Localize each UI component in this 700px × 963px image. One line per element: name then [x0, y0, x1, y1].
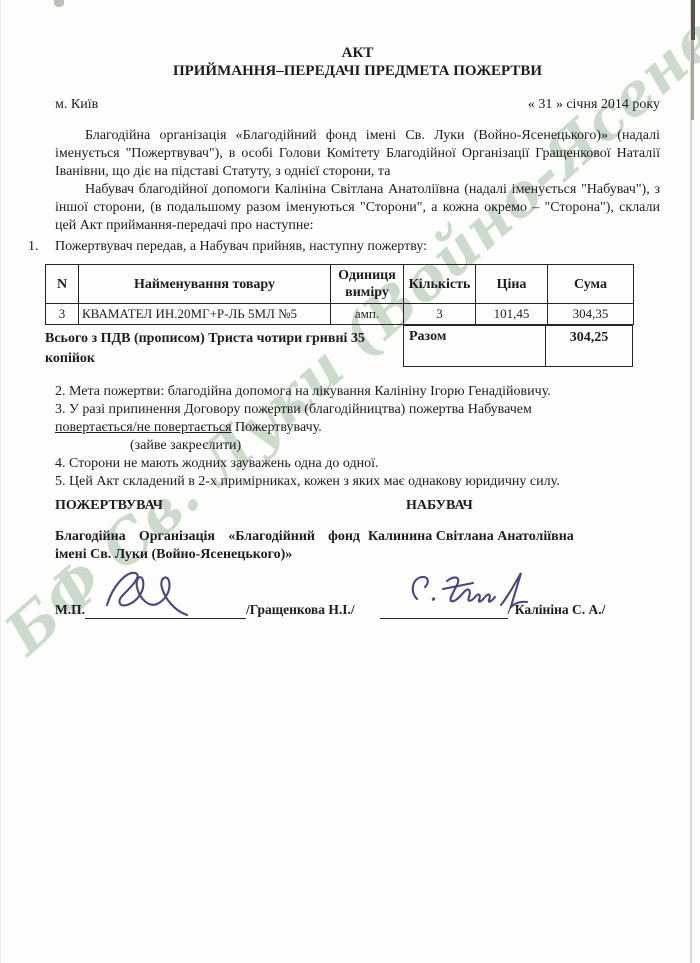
total-label: Разом: [404, 326, 546, 366]
donor-party-name: Благодійна Організація «Благодійний фонд…: [55, 528, 368, 564]
totals-row: Всього з ПДВ (прописом) Триста чотири гр…: [45, 325, 633, 369]
donor-party-line-2: імені Св. Луки (Войно-Ясенецького)»: [55, 547, 292, 562]
table-header-row: N Найменування товару Одиниця виміру Кіл…: [46, 265, 634, 304]
city-label: м. Київ: [55, 96, 98, 114]
scanned-document-page: БФ Св. Луки (Войно-Ясенецкого) АКТ ПРИЙМ…: [0, 0, 700, 963]
title-line-2: ПРИЙМАННЯ–ПЕРЕДАЧІ ПРЕДМЕТА ПОЖЕРТВИ: [55, 62, 660, 80]
scan-right-edge-dark: [691, 0, 695, 40]
intro-paragraph-2: Набувач благодійної допомоги Калініна Св…: [55, 181, 660, 235]
header-cell-name: Найменування товару: [79, 265, 331, 304]
handwritten-signature-right: [403, 569, 543, 617]
cell-unit: амп.: [331, 304, 404, 325]
scan-speck: [54, 0, 64, 7]
item-3-tail: Пожертвувачу.: [232, 420, 322, 435]
header-cell-price: Ціна: [476, 265, 548, 304]
item-3-line-1: 3. У разі припинення Договору пожертви (…: [55, 402, 532, 417]
document-title: АКТ ПРИЙМАННЯ–ПЕРЕДАЧІ ПРЕДМЕТА ПОЖЕРТВИ: [55, 44, 660, 80]
item-3-underlined: повертається/не повертається: [55, 420, 232, 435]
handwritten-signature-left: [93, 565, 213, 619]
date-label: « 31 » січня 2014 року: [528, 96, 660, 114]
title-line-1: АКТ: [55, 44, 660, 62]
header-cell-unit: Одиниця виміру: [331, 265, 404, 304]
cell-price: 101,45: [476, 304, 548, 325]
list-item-1: 1. Пожертвувач передав, а Набувач прийня…: [55, 238, 660, 256]
donor-role-label: ПОЖЕРТВУВАЧ: [55, 497, 368, 515]
header-cell-quantity: Кількість: [404, 265, 476, 304]
seal-place-label: М.П.: [55, 601, 85, 619]
signature-roles: ПОЖЕРТВУВАЧ НАБУВАЧ: [55, 497, 660, 515]
table-row: 3 КВАМАТЕЛ ИН.20МГ+Р-ЛЬ 5МЛ №5 амп. 3 10…: [46, 304, 634, 325]
list-item-3: 3. У разі припинення Договору пожертви (…: [55, 401, 660, 437]
total-in-words-line-2: копійок: [45, 351, 95, 366]
signature-parties: Благодійна Організація «Благодійний фонд…: [55, 528, 660, 564]
scan-right-edge-mid: [691, 40, 694, 120]
total-value: 304,25: [546, 326, 632, 366]
total-in-words: Всього з ПДВ (прописом) Триста чотири гр…: [45, 325, 403, 369]
item-1-text: Пожертвувач передав, а Набувач прийняв, …: [55, 239, 427, 254]
cell-quantity: 3: [404, 304, 476, 325]
donor-signatory-name: /Гращенкова Н.І./: [246, 601, 355, 619]
cell-sum: 304,35: [548, 304, 634, 325]
cell-product-name: КВАМАТЕЛ ИН.20МГ+Р-ЛЬ 5МЛ №5: [79, 304, 331, 325]
header-cell-number: N: [46, 265, 79, 304]
cell-number: 3: [46, 304, 79, 325]
intro-paragraph-1: Благодійна організація «Благодійний фонд…: [55, 127, 660, 181]
item-1-number: 1.: [28, 238, 39, 256]
list-item-5: 5. Цей Акт складений в 2-х примірниках, …: [55, 473, 660, 491]
scan-left-edge: [0, 0, 1, 963]
recipient-role-label: НАБУВАЧ: [406, 497, 660, 515]
item-3-note: (зайве закреслити): [130, 437, 660, 455]
total-box: Разом 304,25: [403, 325, 633, 367]
header-cell-sum: Сума: [548, 265, 634, 304]
donor-party-line-1: Благодійна Організація «Благодійний фонд: [55, 528, 360, 546]
total-in-words-line-1: Всього з ПДВ (прописом) Триста чотири гр…: [45, 331, 365, 346]
city-date-line: м. Київ « 31 » січня 2014 року: [55, 96, 660, 114]
signature-line-row: М.П. /Гращенкова Н.І./ / Калініна С. А./: [55, 585, 660, 619]
list-item-2: 2. Мета пожертви: благодійна допомога на…: [55, 383, 660, 401]
document-content: АКТ ПРИЙМАННЯ–ПЕРЕДАЧІ ПРЕДМЕТА ПОЖЕРТВИ…: [0, 0, 700, 619]
scan-right-edge: [690, 0, 692, 963]
list-item-4: 4. Сторони не мають жодних зауважень одн…: [55, 455, 660, 473]
donation-items-table: N Найменування товару Одиниця виміру Кіл…: [45, 264, 634, 325]
recipient-party-name: Калинина Світлана Анатоліївна: [368, 528, 660, 564]
